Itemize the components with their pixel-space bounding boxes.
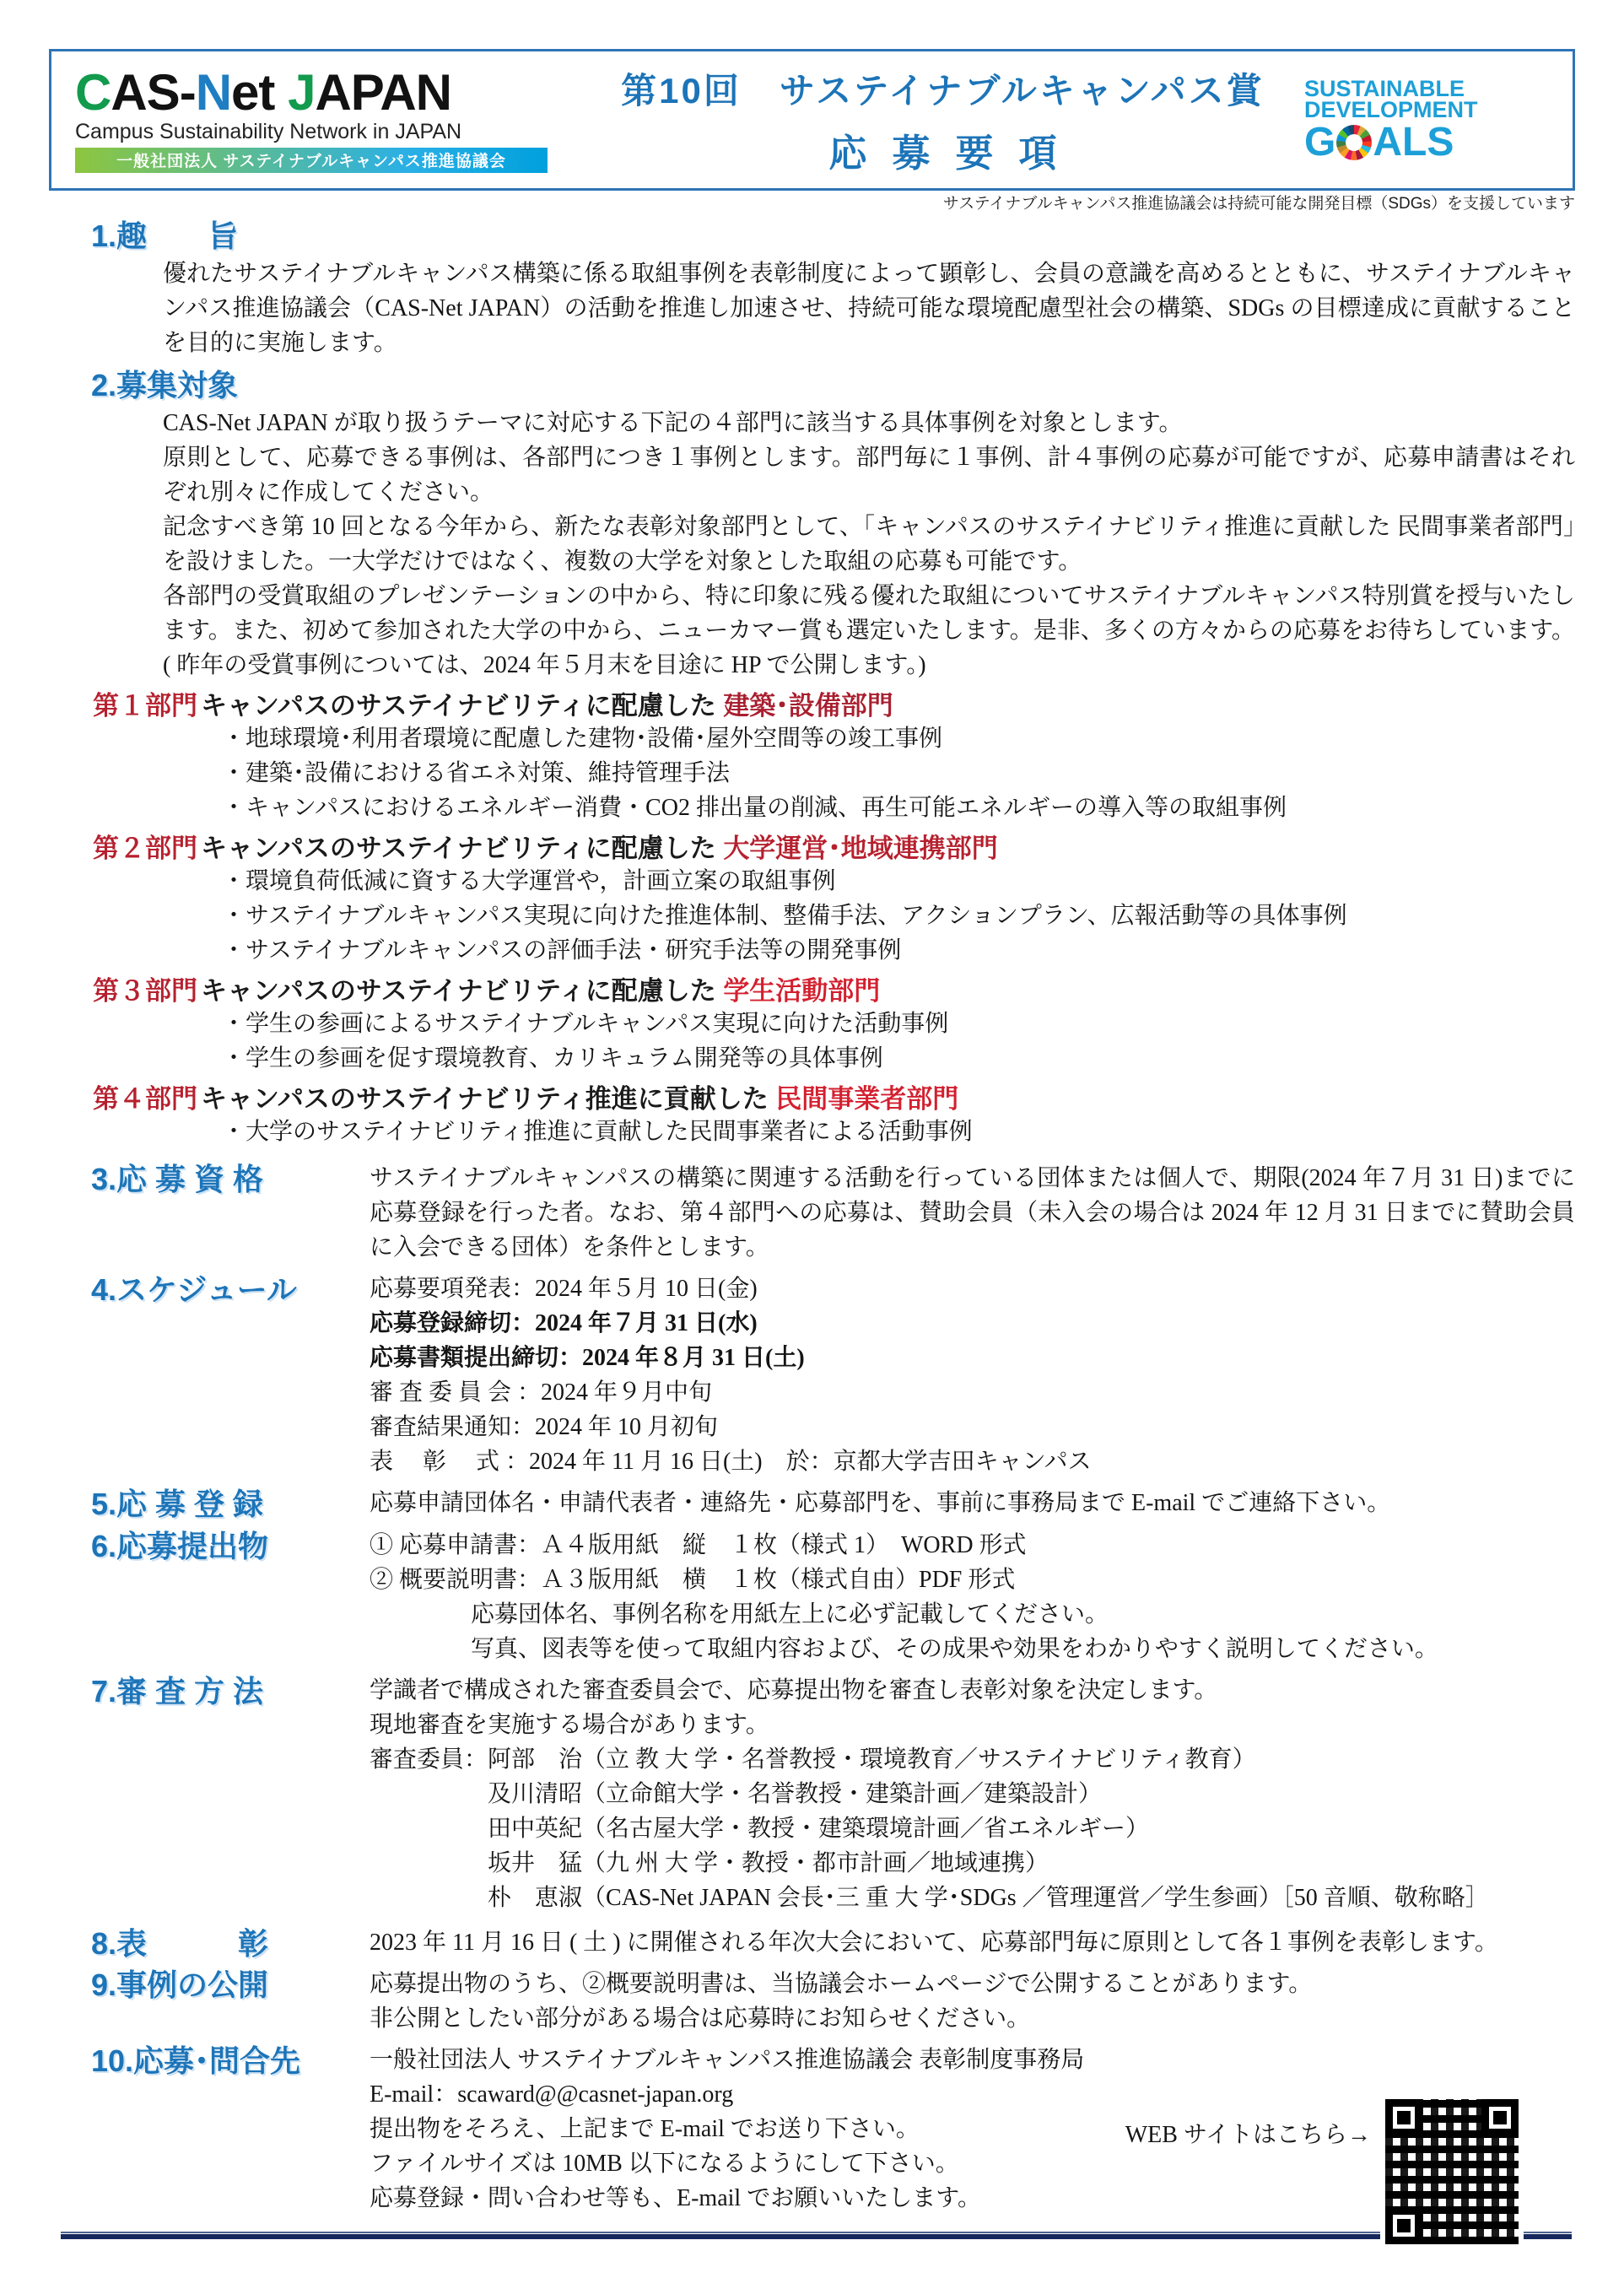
bullet-item: ・サステイナブルキャンパスの評価手法・研究手法等の開発事例 bbox=[222, 933, 1575, 968]
submission-item: ② 概要説明書：Ａ３版用紙 横 １枚（様式自由）PDF 形式 bbox=[370, 1563, 1575, 1597]
schedule-row: 表 彰 式 ：2024 年 11 月 16 日(土) 於：京都大学吉田キャンパス bbox=[370, 1444, 1575, 1479]
bullet-item: ・地球環境･利用者環境に配慮した建物･設備･屋外空間等の竣工事例 bbox=[222, 721, 1575, 756]
application-guidelines-page: CAS-Net JAPAN Campus Sustainability Netw… bbox=[0, 0, 1624, 2278]
sdg-text: ALS bbox=[1373, 123, 1454, 162]
schedule-row: 応募要項発表：2024 年５月 10 日(金) bbox=[370, 1271, 1575, 1306]
sdg-text: DEVELOPMENT bbox=[1304, 100, 1557, 121]
department-4-heading: 第４部門 キャンパスのサステイナビリティ推進に貢献した 民間事業者部門 bbox=[93, 1084, 1575, 1115]
section-8-body: 2023 年 11 月 16 日 ( 土 ) に開催される年次大会において、応募… bbox=[370, 1925, 1575, 1960]
page-title: 応募要項 bbox=[581, 122, 1304, 177]
logo-wordmark: CAS-Net JAPAN bbox=[75, 67, 581, 118]
section-9-body: 応募提出物のうち、②概要説明書は、当協議会ホームページで公開することがあります。… bbox=[370, 1967, 1575, 2036]
section-2-heading: 2.募集対象 bbox=[91, 369, 1575, 404]
section-2-body: CAS-Net JAPAN が取り扱うテーマに対応する下記の４部門に該当する具体… bbox=[163, 406, 1575, 683]
publication-line: 応募提出物のうち、②概要説明書は、当協議会ホームページで公開することがあります。 bbox=[370, 1967, 1575, 2001]
logo-letter: APAN bbox=[315, 64, 451, 121]
section-7-body: 学識者で構成された審査委員会で、応募提出物を審査し表彰対象を決定します。 現地審… bbox=[370, 1673, 1575, 1915]
bullet-item: ・大学のサステイナビリティ推進に貢献した民間事業者による活動事例 bbox=[222, 1115, 1575, 1149]
sdg-text: G bbox=[1304, 123, 1335, 162]
committee-member: 阿部 治（立 教 大 学・名誉教授・環境教育／サステイナビリティ教育） bbox=[488, 1742, 1575, 1777]
committee-members: 阿部 治（立 教 大 学・名誉教授・環境教育／サステイナビリティ教育） 及川清昭… bbox=[488, 1742, 1575, 1915]
section-3-heading: 3.応 募 資 格 bbox=[91, 1161, 370, 1196]
section-4-body: 応募要項発表：2024 年５月 10 日(金) 応募登録締切：2024 年７月 … bbox=[370, 1271, 1575, 1479]
department-4-label: 第４部門 bbox=[93, 1084, 201, 1115]
bullet-item: ・キャンパスにおけるエネルギー消費・CO2 排出量の削減、再生可能エネルギーの導… bbox=[222, 791, 1575, 825]
committee-member: 及川清昭（立命館大学・名誉教授・建築計画／建築設計） bbox=[488, 1777, 1575, 1811]
logo-letter: et bbox=[231, 64, 274, 121]
award-title: 第10回 サステイナブルキャンパス賞 bbox=[581, 63, 1304, 114]
committee-label: 審査委員： bbox=[370, 1742, 488, 1915]
department-1-name: 建築･設備部門 bbox=[723, 691, 893, 721]
bullet-item: ・学生の参画によるサステイナブルキャンパス実現に向けた活動事例 bbox=[222, 1007, 1575, 1041]
department-4-name: 民間事業者部門 bbox=[775, 1084, 958, 1114]
logo-organization-band: 一般社団法人 サステイナブルキャンパス推進協議会 bbox=[75, 148, 548, 173]
department-1-heading: 第１部門 キャンパスのサステイナビリティに配慮した 建築･設備部門 bbox=[93, 691, 1575, 721]
section-9-heading: 9.事例の公開 bbox=[91, 1967, 370, 2002]
department-2-label: 第２部門 bbox=[93, 834, 201, 864]
website-note: WEB サイトはこちら→ bbox=[1125, 2116, 1371, 2150]
logo-letter: AS- bbox=[111, 64, 195, 121]
sdg-goals-row: GALS bbox=[1304, 123, 1557, 162]
review-line: 学識者で構成された審査委員会で、応募提出物を審査し表彰対象を決定します。 bbox=[370, 1673, 1575, 1708]
logo-subtitle: Campus Sustainability Network in JAPAN bbox=[75, 120, 581, 144]
section-10-heading: 10.応募･問合先 bbox=[91, 2043, 370, 2078]
schedule-row: 審 査 委 員 会 ：2024 年９月中旬 bbox=[370, 1375, 1575, 1410]
department-3-heading: 第３部門 キャンパスのサステイナビリティに配慮した 学生活動部門 bbox=[93, 976, 1575, 1007]
committee: 審査委員： 阿部 治（立 教 大 学・名誉教授・環境教育／サステイナビリティ教育… bbox=[370, 1742, 1575, 1915]
department-3-prefix: キャンパスのサステイナビリティに配慮した bbox=[201, 976, 723, 1006]
bullet-item: ・サステイナブルキャンパス実現に向けた推進体制、整備手法、アクションプラン、広報… bbox=[222, 899, 1575, 933]
schedule-row: 審査結果通知：2024 年 10 月初旬 bbox=[370, 1410, 1575, 1444]
submission-item: ① 応募申請書：Ａ４版用紙 縦 １枚（様式 1） WORD 形式 bbox=[370, 1528, 1575, 1563]
committee-member: 朴 恵淑（CAS-Net JAPAN 会長･三 重 大 学･SDGs ／管理運営… bbox=[488, 1881, 1575, 1915]
schedule-row: 応募登録締切：2024 年７月 31 日(水) bbox=[370, 1306, 1575, 1341]
department-2-prefix: キャンパスのサステイナビリティに配慮した bbox=[201, 834, 723, 863]
bullet-item: ・環境負荷低減に資する大学運営や，計画立案の取組事例 bbox=[222, 864, 1575, 899]
section-5-body: 応募申請団体名・申請代表者・連絡先・応募部門を、事前に事務局まで E-mail … bbox=[370, 1486, 1575, 1520]
section-3: 3.応 募 資 格 サステイナブルキャンパスの構築に関連する活動を行っている団体… bbox=[49, 1161, 1575, 1265]
logo-letter: J bbox=[288, 64, 315, 121]
department-3-name: 学生活動部門 bbox=[723, 976, 880, 1006]
publication-line: 非公開としたい部分がある場合は応募時にお知らせください。 bbox=[370, 2001, 1575, 2036]
section-7: 7.審 査 方 法 学識者で構成された審査委員会で、応募提出物を審査し表彰対象を… bbox=[49, 1673, 1575, 1915]
submission-note: 写真、図表等を使って取組内容および、その成果や効果をわかりやすく説明してください… bbox=[471, 1632, 1575, 1666]
section-4-heading: 4.スケジュール bbox=[91, 1271, 370, 1307]
cas-net-japan-logo: CAS-Net JAPAN Campus Sustainability Netw… bbox=[75, 67, 581, 172]
sdg-wheel-icon bbox=[1336, 125, 1372, 160]
department-2-name: 大学運営･地域連携部門 bbox=[723, 834, 998, 863]
document-title: 第10回 サステイナブルキャンパス賞 応募要項 bbox=[581, 63, 1304, 177]
section-8-heading: 8.表 彰 bbox=[91, 1925, 370, 1961]
section-9: 9.事例の公開 応募提出物のうち、②概要説明書は、当協議会ホームページで公開する… bbox=[49, 1967, 1575, 2036]
logo-letter: C bbox=[75, 64, 111, 121]
section-4: 4.スケジュール 応募要項発表：2024 年５月 10 日(金) 応募登録締切：… bbox=[49, 1271, 1575, 1479]
committee-member: 坂井 猛（九 州 大 学・教授・都市計画／地域連携） bbox=[488, 1846, 1575, 1881]
section-7-heading: 7.審 査 方 法 bbox=[91, 1673, 370, 1708]
section-6-heading: 6.応募提出物 bbox=[91, 1528, 370, 1563]
section-6-body: ① 応募申請書：Ａ４版用紙 縦 １枚（様式 1） WORD 形式 ② 概要説明書… bbox=[370, 1528, 1575, 1666]
qr-finder-icon bbox=[1385, 2207, 1422, 2244]
qr-finder-icon bbox=[1385, 2099, 1422, 2136]
section-5: 5.応 募 登 録 応募申請団体名・申請代表者・連絡先・応募部門を、事前に事務局… bbox=[49, 1486, 1575, 1521]
schedule-row: 応募書類提出締切：2024 年８月 31 日(土) bbox=[370, 1341, 1575, 1375]
review-line: 現地審査を実施する場合があります。 bbox=[370, 1708, 1575, 1742]
bullet-item: ・建築･設備における省エネ対策、維持管理手法 bbox=[222, 756, 1575, 791]
department-2-bullets: ・環境負荷低減に資する大学運営や，計画立案の取組事例 ・サステイナブルキャンパス… bbox=[222, 864, 1575, 968]
section-6: 6.応募提出物 ① 応募申請書：Ａ４版用紙 縦 １枚（様式 1） WORD 形式… bbox=[49, 1528, 1575, 1666]
department-3-label: 第３部門 bbox=[93, 976, 201, 1007]
section-3-body: サステイナブルキャンパスの構築に関連する活動を行っている団体または個人で、期限(… bbox=[370, 1161, 1575, 1265]
bullet-item: ・学生の参画を促す環境教育、カリキュラム開発等の具体事例 bbox=[222, 1041, 1575, 1076]
section-8: 8.表 彰 2023 年 11 月 16 日 ( 土 ) に開催される年次大会に… bbox=[49, 1925, 1575, 1961]
department-3-bullets: ・学生の参画によるサステイナブルキャンパス実現に向けた活動事例 ・学生の参画を促… bbox=[222, 1007, 1575, 1076]
qr-finder-icon bbox=[1481, 2099, 1519, 2136]
contact-line: 一般社団法人 サステイナブルキャンパス推進協議会 表彰制度事務局 bbox=[370, 2043, 1575, 2077]
department-4-bullets: ・大学のサステイナビリティ推進に貢献した民間事業者による活動事例 bbox=[222, 1115, 1575, 1149]
section-5-heading: 5.応 募 登 録 bbox=[91, 1486, 370, 1521]
department-1-label: 第１部門 bbox=[93, 691, 201, 721]
bottom-divider bbox=[61, 2234, 1572, 2239]
qr-code bbox=[1385, 2099, 1519, 2244]
header: CAS-Net JAPAN Campus Sustainability Netw… bbox=[49, 49, 1575, 191]
department-1-prefix: キャンパスのサステイナビリティに配慮した bbox=[201, 691, 723, 721]
sdg-support-note: サステイナブルキャンパス推進協議会は持続可能な開発目標（SDGs）を支援していま… bbox=[49, 194, 1575, 214]
committee-member: 田中英紀（名古屋大学・教授・建築環境計画／省エネルギー） bbox=[488, 1811, 1575, 1846]
sdg-logo: SUSTAINABLE DEVELOPMENT GALS bbox=[1304, 78, 1557, 162]
logo-letter: N bbox=[196, 64, 231, 121]
section-1-body: 優れたサステイナブルキャンパス構築に係る取組事例を表彰制度によって顕彰し、会員の… bbox=[163, 256, 1575, 360]
section-1-heading: 1.趣 旨 bbox=[91, 219, 1575, 255]
department-2-heading: 第２部門 キャンパスのサステイナビリティに配慮した 大学運営･地域連携部門 bbox=[93, 834, 1575, 864]
submission-note: 応募団体名、事例名称を用紙左上に必ず記載してください。 bbox=[471, 1597, 1575, 1632]
department-4-prefix: キャンパスのサステイナビリティ推進に貢献した bbox=[201, 1084, 775, 1114]
department-1-bullets: ・地球環境･利用者環境に配慮した建物･設備･屋外空間等の竣工事例 ・建築･設備に… bbox=[222, 721, 1575, 825]
